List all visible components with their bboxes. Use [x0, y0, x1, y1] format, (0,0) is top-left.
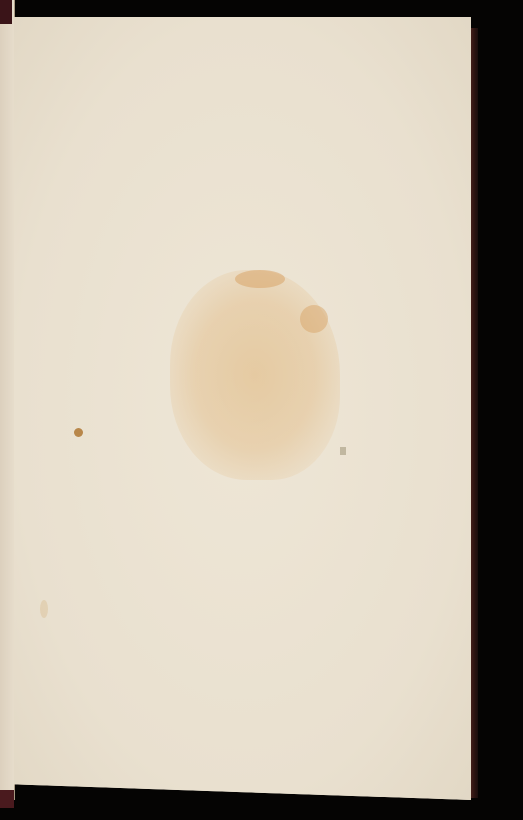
foxing-stain — [170, 270, 340, 480]
small-mark — [340, 447, 346, 455]
foxing-stain-top — [235, 270, 285, 288]
left-page-edge — [0, 0, 15, 800]
foxing-stain-spot — [300, 305, 328, 333]
brown-spot — [74, 428, 83, 437]
faint-stain — [40, 600, 48, 618]
left-cover-corner — [0, 0, 12, 24]
left-cover-bottom — [0, 790, 14, 808]
